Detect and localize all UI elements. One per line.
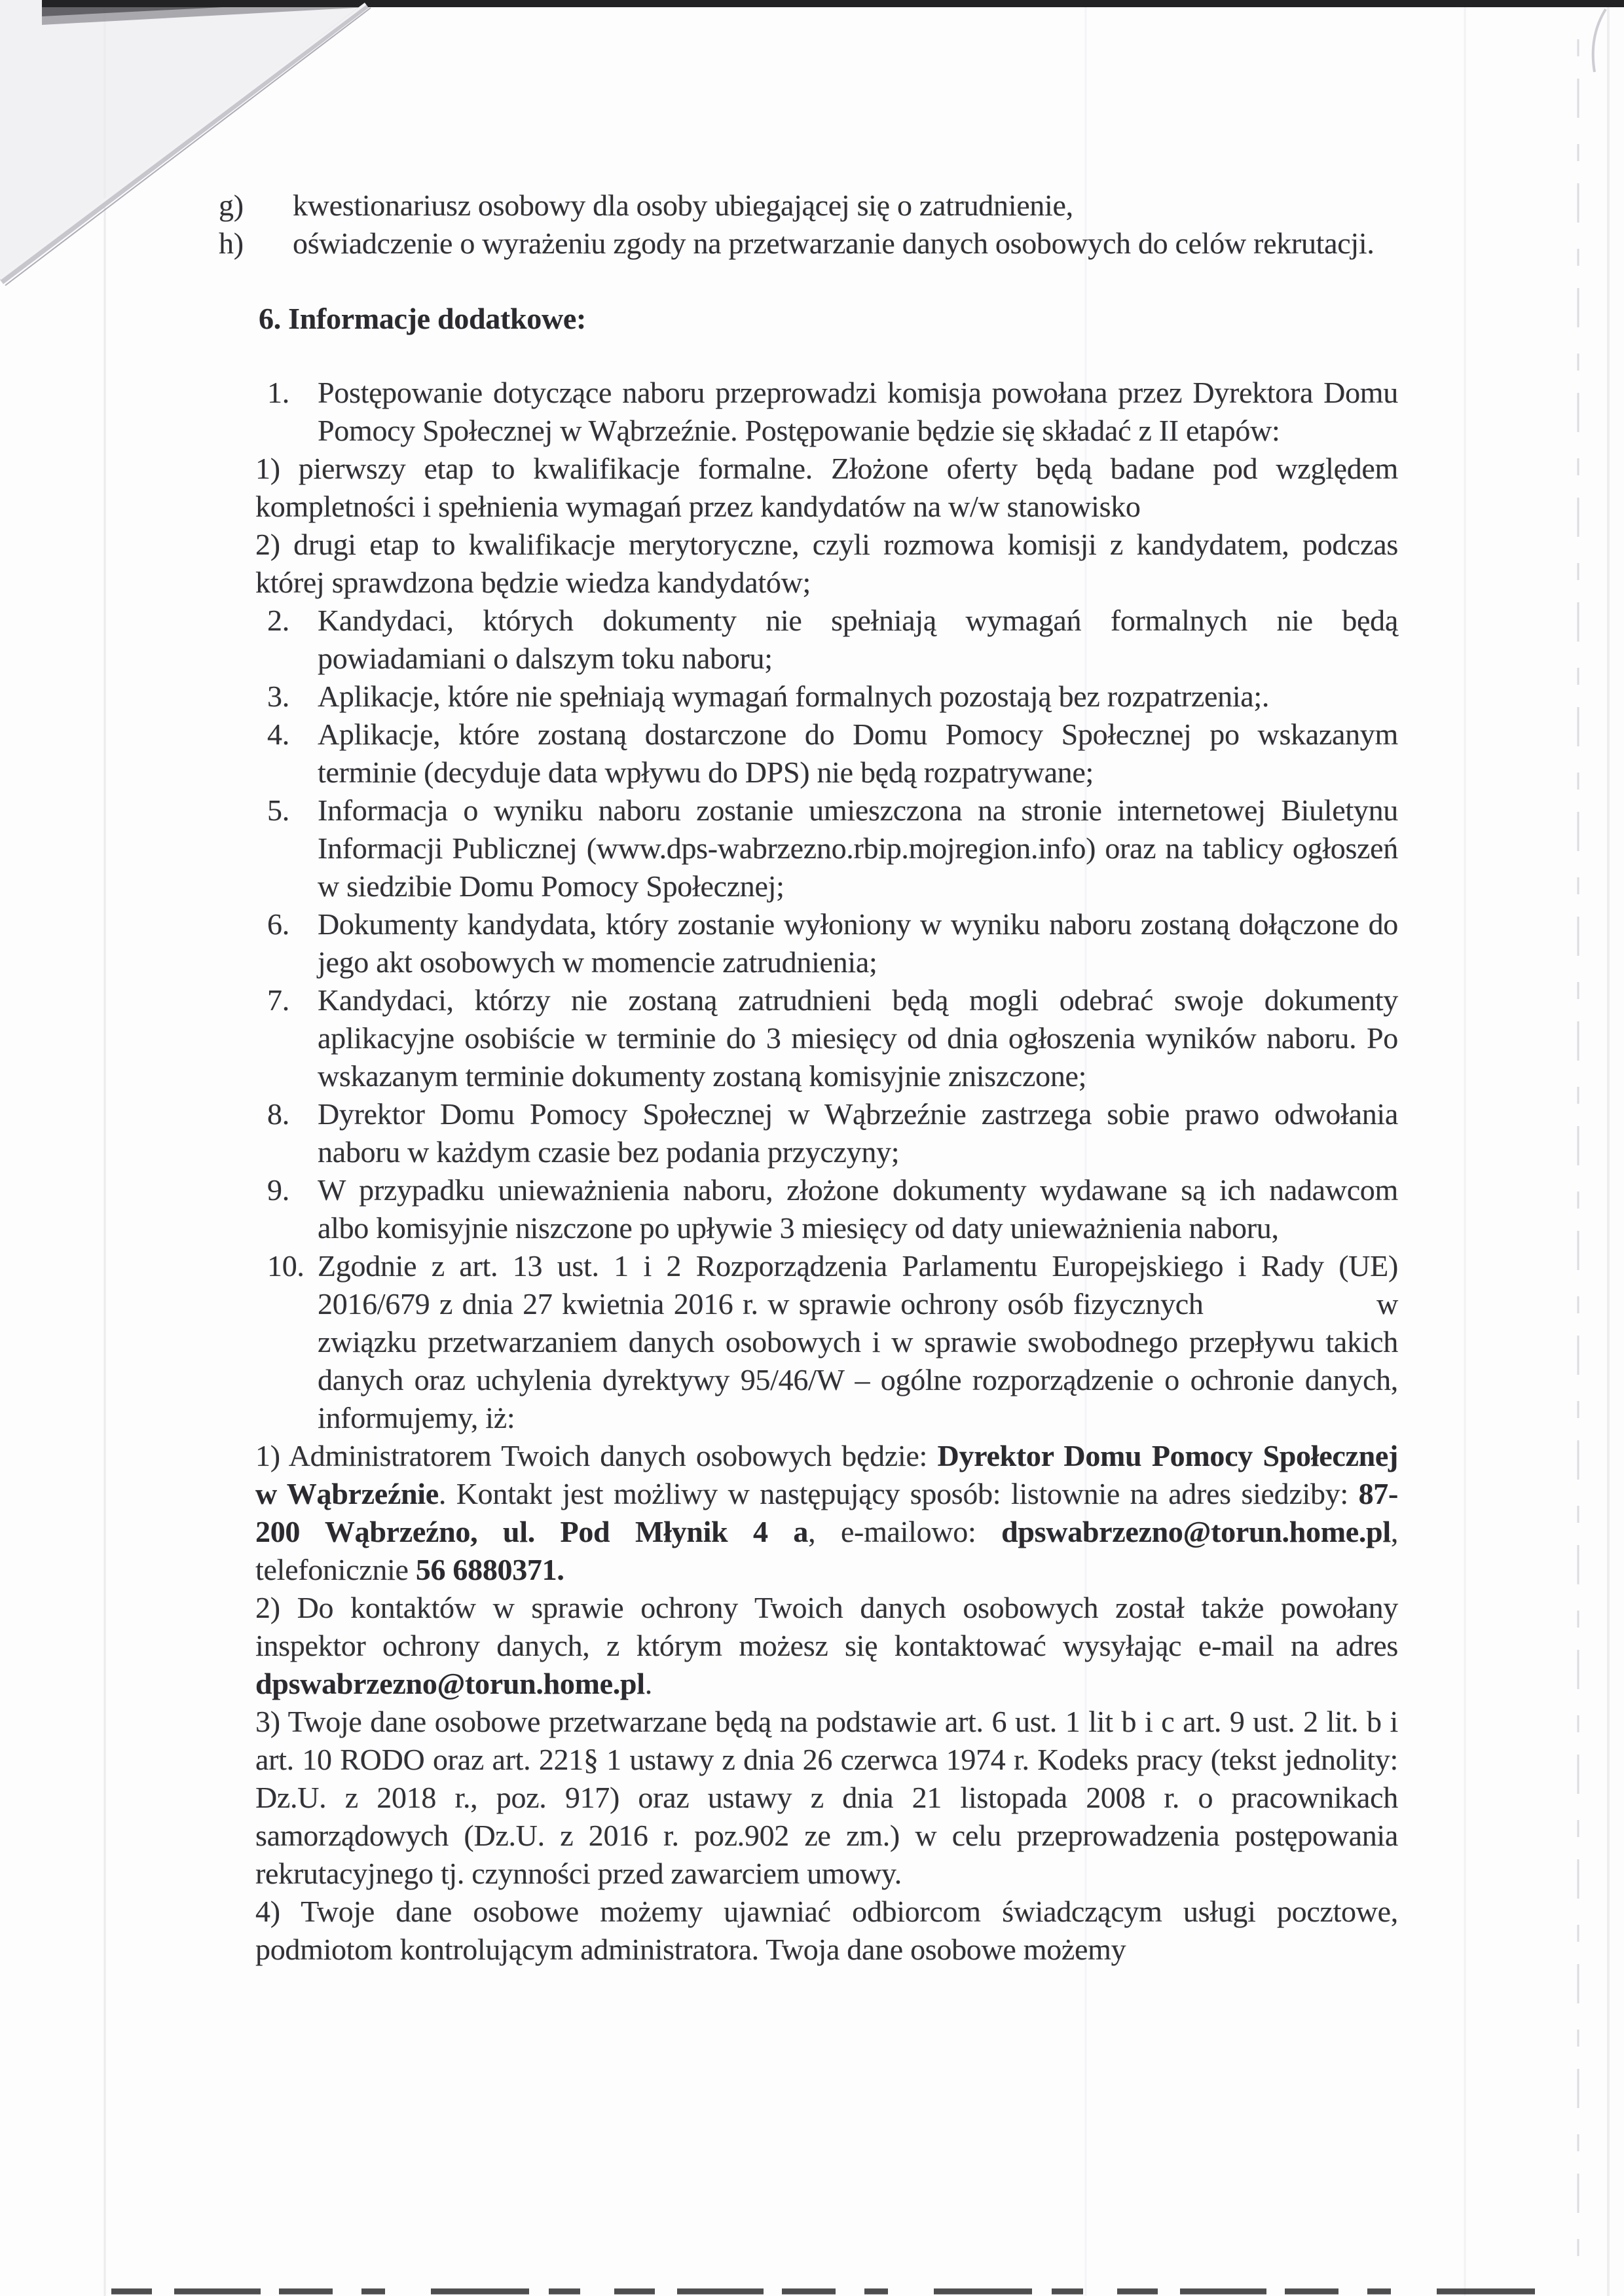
text-run: Aplikacje, które zostaną dostarczone do …	[318, 718, 1398, 789]
paragraph-text: Postępowanie dotyczące naboru przeprowad…	[318, 376, 1398, 447]
text-run: Zgodnie z art. 13 ust. 1 i 2 Rozporządze…	[318, 1249, 1398, 1321]
list-marker: 7.	[267, 981, 289, 1019]
paragraph-text: Kandydaci, którzy nie zostaną zatrudnien…	[318, 983, 1398, 1093]
list-marker: 1.	[267, 374, 289, 412]
paragraph-text: 2) drugi etap to kwalifikacje merytorycz…	[255, 528, 1398, 599]
scan-top-edge	[42, 0, 1624, 7]
text-run: Dokumenty kandydata, który zostanie wyło…	[318, 907, 1398, 979]
numbered-list-item: 7.Kandydaci, którzy nie zostaną zatrudni…	[255, 981, 1398, 1095]
numbered-list-item: 4.Aplikacje, które zostaną dostarczone d…	[255, 716, 1398, 792]
paragraph: 1) Administratorem Twoich danych osobowy…	[255, 1437, 1398, 1589]
scan-top-edge-wedge	[42, 7, 367, 25]
paragraph-text: 6. Informacje dodatkowe:	[259, 302, 586, 335]
paragraph: 2) drugi etap to kwalifikacje merytorycz…	[255, 526, 1398, 602]
text-run: Postępowanie dotyczące naboru przeprowad…	[318, 376, 1398, 447]
text-run: 3) Twoje dane osobowe przetwarzane będą …	[255, 1705, 1398, 1890]
paragraph: 3) Twoje dane osobowe przetwarzane będą …	[255, 1703, 1398, 1893]
paragraph-text: 3) Twoje dane osobowe przetwarzane będą …	[255, 1705, 1398, 1890]
paragraph: 2) Do kontaktów w sprawie ochrony Twoich…	[255, 1589, 1398, 1703]
text-run: , e-mailowo:	[808, 1515, 1001, 1548]
text-run: W przypadku unieważnienia naboru, złożon…	[318, 1173, 1398, 1245]
numbered-list-item: 9.W przypadku unieważnienia naboru, złoż…	[255, 1171, 1398, 1247]
numbered-list-item: 8.Dyrektor Domu Pomocy Społecznej w Wąbr…	[255, 1095, 1398, 1171]
bold-text-run: 56 6880371.	[416, 1553, 564, 1586]
list-marker: 9.	[267, 1171, 289, 1209]
paragraph-text: Informacja o wyniku naboru zostanie umie…	[318, 793, 1398, 903]
numbered-list-item: 5.Informacja o wyniku naboru zostanie um…	[255, 792, 1398, 905]
scan-corner-mark	[1593, 9, 1606, 72]
bold-text-run: dpswabrzezno@torun.home.pl	[255, 1667, 645, 1700]
paragraph-text: 4) Twoje dane osobowe możemy ujawniać od…	[255, 1895, 1398, 1966]
list-marker: 4.	[267, 716, 289, 754]
text-run: kwestionariusz osobowy dla osoby ubiegaj…	[293, 189, 1073, 222]
text-run: Aplikacje, które nie spełniają wymagań f…	[318, 680, 1269, 713]
paragraph-text: 1) pierwszy etap to kwalifikacje formaln…	[255, 452, 1398, 523]
list-marker: 5.	[267, 792, 289, 829]
paragraph-text: Dokumenty kandydata, który zostanie wyło…	[318, 907, 1398, 979]
text-run: Dyrektor Domu Pomocy Społecznej w Wąbrze…	[318, 1097, 1398, 1169]
list-marker: 3.	[267, 678, 289, 716]
paragraph-text: 1) Administratorem Twoich danych osobowy…	[255, 1439, 1398, 1586]
text-run: 2) Do kontaktów w sprawie ochrony Twoich…	[255, 1591, 1398, 1662]
paragraph-text: Zgodnie z art. 13 ust. 1 i 2 Rozporządze…	[318, 1249, 1398, 1434]
paragraph: 4) Twoje dane osobowe możemy ujawniać od…	[255, 1893, 1398, 1969]
numbered-list-item: 1.Postępowanie dotyczące naboru przeprow…	[255, 374, 1398, 450]
paragraph-text: 2) Do kontaktów w sprawie ochrony Twoich…	[255, 1591, 1398, 1700]
lettered-list-item: g)kwestionariusz osobowy dla osoby ubieg…	[255, 187, 1398, 225]
paragraph-text: Kandydaci, których dokumenty nie spełnia…	[318, 604, 1398, 675]
list-marker: 6.	[267, 905, 289, 943]
paragraph-text: Aplikacje, które nie spełniają wymagań f…	[318, 680, 1269, 713]
paragraph-text: kwestionariusz osobowy dla osoby ubiegaj…	[293, 189, 1073, 222]
paragraph-text: Dyrektor Domu Pomocy Społecznej w Wąbrze…	[318, 1097, 1398, 1169]
paragraph: 1) pierwszy etap to kwalifikacje formaln…	[255, 450, 1398, 526]
text-run: 2) drugi etap to kwalifikacje merytorycz…	[255, 528, 1398, 599]
document-body: g)kwestionariusz osobowy dla osoby ubieg…	[255, 187, 1398, 1969]
text-run: Informacja o wyniku naboru zostanie umie…	[318, 793, 1398, 903]
text-run: Kandydaci, którzy nie zostaną zatrudnien…	[318, 983, 1398, 1093]
text-run: Kandydaci, których dokumenty nie spełnia…	[318, 604, 1398, 675]
text-run: 4) Twoje dane osobowe możemy ujawniać od…	[255, 1895, 1398, 1966]
list-marker: 2.	[267, 602, 289, 640]
list-marker: 10.	[267, 1247, 304, 1285]
paragraph-text: oświadczenie o wyrażeniu zgody na przetw…	[293, 227, 1375, 260]
justify-gap	[1204, 1313, 1367, 1314]
text-run: . Kontakt jest możliwy w następujący spo…	[439, 1477, 1359, 1510]
document-page: g)kwestionariusz osobowy dla osoby ubieg…	[0, 0, 1624, 2296]
list-marker: h)	[219, 225, 244, 263]
numbered-list-item: 2.Kandydaci, których dokumenty nie spełn…	[255, 602, 1398, 678]
lettered-list-item: h)oświadczenie o wyrażeniu zgody na prze…	[255, 225, 1398, 263]
paragraph-text: W przypadku unieważnienia naboru, złożon…	[318, 1173, 1398, 1245]
paragraph-text: Aplikacje, które zostaną dostarczone do …	[318, 718, 1398, 789]
numbered-list-item: 6.Dokumenty kandydata, który zostanie wy…	[255, 905, 1398, 981]
bold-text-run: dpswabrzezno@torun.home.pl	[1001, 1515, 1391, 1548]
numbered-list-item: 3.Aplikacje, które nie spełniają wymagań…	[255, 678, 1398, 716]
text-run: .	[645, 1667, 652, 1700]
text-run: oświadczenie o wyrażeniu zgody na przetw…	[293, 227, 1375, 260]
bold-text-run: 6. Informacje dodatkowe:	[259, 302, 586, 335]
numbered-list-item: 10.Zgodnie z art. 13 ust. 1 i 2 Rozporzą…	[255, 1247, 1398, 1437]
text-run: 1) pierwszy etap to kwalifikacje formaln…	[255, 452, 1398, 523]
text-run: 1) Administratorem Twoich danych osobowy…	[255, 1439, 938, 1472]
section-heading: 6. Informacje dodatkowe:	[259, 300, 1398, 338]
scan-top-edge-wedge	[42, 7, 223, 16]
list-marker: 8.	[267, 1095, 289, 1133]
list-marker: g)	[219, 187, 244, 225]
